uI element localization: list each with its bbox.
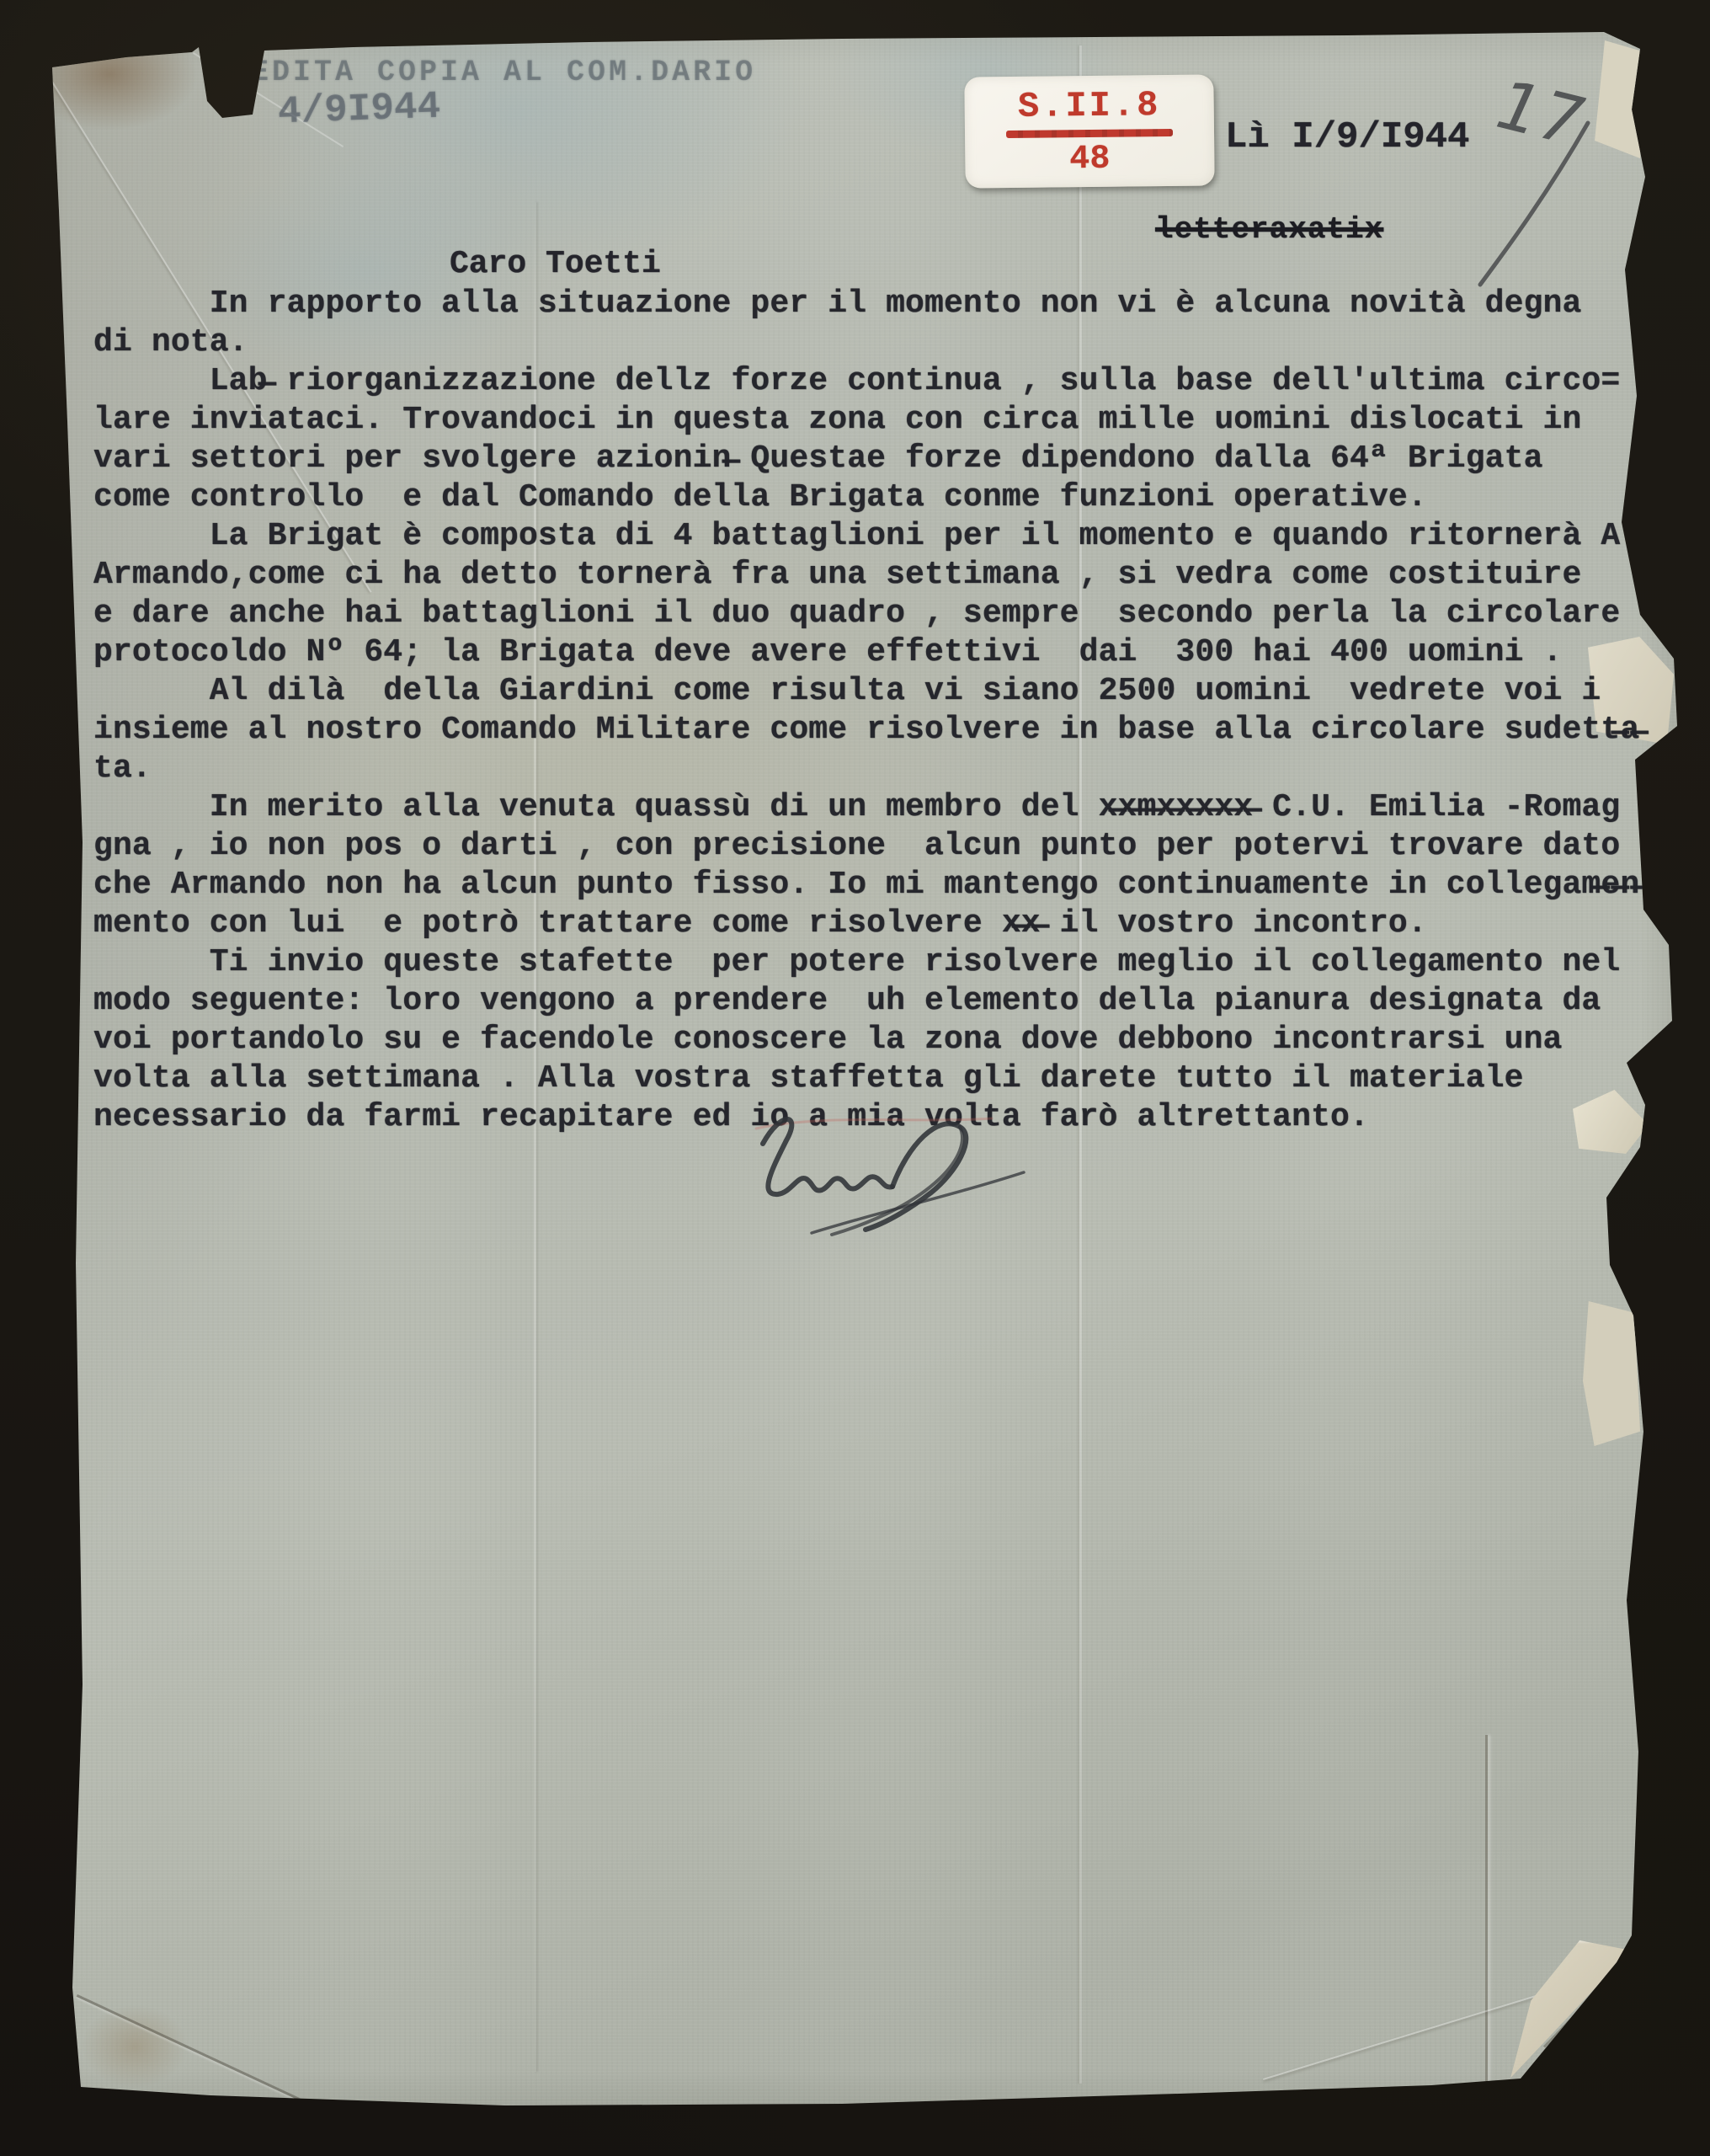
letter-body-line: ta. [93, 750, 1659, 788]
struck-out-word: letteraxatix [1155, 212, 1383, 247]
letter-body-line: come controllo e dal Comando della Briga… [93, 478, 1659, 517]
letter-body-line: vari settori per svolgere azionin̶ Quest… [93, 440, 1659, 478]
letter-body-line: modo seguente: loro vengono a prendere u… [93, 982, 1659, 1021]
torn-edge-patch [1595, 40, 1645, 158]
letter-body-line: La Brigat è composta di 4 battaglioni pe… [93, 517, 1659, 556]
scan-background: SPEDITA COPIA AL COM.DARIO 4/9I944 S.II.… [0, 0, 1710, 2156]
letter-body-line: lare inviataci. Trovandoci in questa zon… [93, 401, 1659, 440]
letter-body-line: Ti invio queste stafette per potere riso… [93, 943, 1659, 982]
letter-body-line: In merito alla venuta quassù di un membr… [93, 788, 1659, 827]
letter-body-line: voi portandolo su e facendole conoscere … [93, 1021, 1659, 1059]
letter-body-line: insieme al nostro Comando Militare come … [93, 711, 1659, 750]
letter-body-line: Lab̶ riorganizzazione dellz forze contin… [93, 362, 1659, 401]
vertical-fold-crease [1485, 1735, 1488, 2082]
forwarding-note-line1: SPEDITA COPIA AL COM.DARIO [209, 56, 756, 89]
letter-body-line: volta alla settimana . Alla vostra staff… [93, 1059, 1659, 1098]
salutation: Caro Toetti [450, 246, 661, 282]
diagonal-fold-crease [1263, 1970, 1617, 2080]
archive-label: S.II.8 48 [964, 74, 1214, 188]
letter-body-line: di nota. [93, 323, 1659, 362]
letter-body-line: protocoldo Nº 64; la Brigata deve avere … [93, 633, 1659, 672]
letter-body-line: necessario da farmi recapitare ed io a m… [93, 1098, 1659, 1137]
pencil-page-number: 17 [1482, 67, 1597, 160]
archive-label-underline [1006, 129, 1173, 138]
corner-fold-shadow [1543, 1937, 1650, 2048]
letter-body-line: Armando,come ci ha detto tornerà fra una… [93, 556, 1659, 595]
diagonal-fold-crease [77, 1994, 314, 2107]
letter-date: Lì I/9/I944 [1225, 116, 1469, 158]
letter-body-line: gna , io non pos o darti , con precision… [93, 827, 1659, 866]
archive-label-code: S.II.8 [1018, 85, 1161, 127]
letter-body: In rapporto alla situazione per il momen… [93, 285, 1659, 1137]
letter-body-line: In rapporto alla situazione per il momen… [93, 285, 1659, 323]
letter-body-line: mento con lui e potrò trattare come riso… [93, 905, 1659, 943]
letter-body-line: Al dilà della Giardini come risulta vi s… [93, 672, 1659, 711]
archive-label-number: 48 [1069, 141, 1110, 179]
torn-edge-patch [1583, 1301, 1640, 1446]
dog-ear-fold [1505, 1940, 1633, 2084]
letter-page: SPEDITA COPIA AL COM.DARIO 4/9I944 S.II.… [0, 0, 1710, 2156]
letter-body-line: che Armando non ha alcun punto fisso. Io… [93, 866, 1659, 905]
letter-body-line: e dare anche hai battaglioni il duo quad… [93, 595, 1659, 633]
forwarding-note-date: 4/9I944 [277, 85, 441, 135]
